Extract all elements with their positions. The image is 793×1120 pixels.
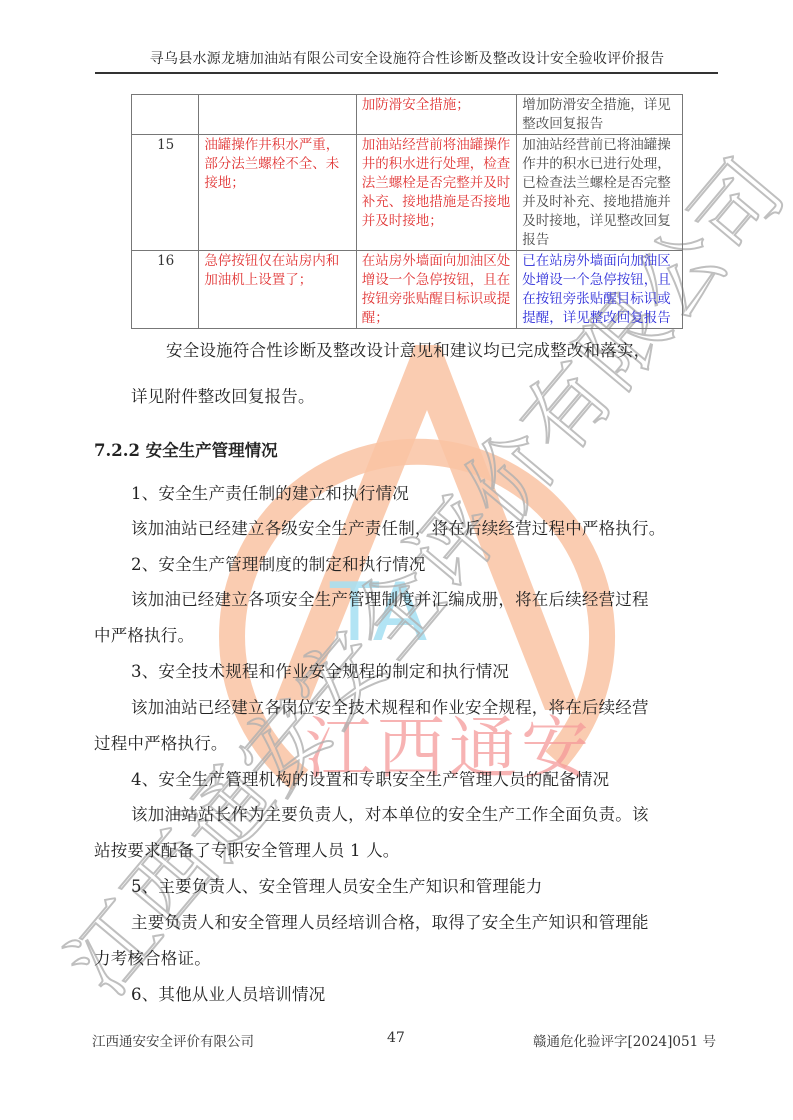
item-heading-3: 3、安全技术规程和作业安全规程的制定和执行情况 <box>131 658 509 682</box>
rectification-table: 加防滑安全措施； 增加防滑安全措施，详见整改回复报告 15 油罐操作井积水严重，… <box>131 94 683 329</box>
table-row: 15 油罐操作井积水严重，部分法兰螺栓不全、未接地； 加油站经营前将油罐操作井的… <box>132 135 683 251</box>
cell-problem <box>199 95 356 135</box>
item-text-3: 该加油站已经建立各岗位安全技术规程和作业安全规程，将在后续经营 <box>131 694 649 718</box>
cell-problem: 油罐操作井积水严重，部分法兰螺栓不全、未接地； <box>199 135 356 251</box>
summary-paragraph-line2: 详见附件整改回复报告。 <box>131 383 315 407</box>
item-heading-2: 2、安全生产管理制度的制定和执行情况 <box>131 551 426 575</box>
cell-measure: 加防滑安全措施； <box>356 95 517 135</box>
table-row: 加防滑安全措施； 增加防滑安全措施，详见整改回复报告 <box>132 95 683 135</box>
cell-measure: 加油站经营前将油罐操作井的积水进行处理，检查法兰螺栓是否完整并及时补充、接地措施… <box>356 135 517 251</box>
footer-company: 江西通安安全评价有限公司 <box>92 1030 254 1050</box>
item-heading-4: 4、安全生产管理机构的设置和专职安全生产管理人员的配备情况 <box>131 766 609 790</box>
cell-measure: 在站房外墙面向加油区处增设一个急停按钮，且在按钮旁张贴醒目标识或提醒； <box>356 251 517 329</box>
item-text-4: 该加油站站长作为主要负责人，对本单位的安全生产工作全面负责。该 <box>131 801 649 825</box>
cell-no: 15 <box>132 135 199 251</box>
item-heading-1: 1、安全生产责任制的建立和执行情况 <box>131 480 409 504</box>
table-row: 16 急停按钮仅在站房内和加油机上设置了； 在站房外墙面向加油区处增设一个急停按… <box>132 251 683 329</box>
cell-result: 已在站房外墙面向加油区处增设一个急停按钮，且在按钮旁张贴醒目标识或提醒，详见整改… <box>517 251 683 329</box>
cell-result: 加油站经营前已将油罐操作井的积水已进行处理，已检查法兰螺栓是否完整并及时补充、接… <box>517 135 683 251</box>
svg-text:TA: TA <box>329 566 428 659</box>
cell-result: 增加防滑安全措施，详见整改回复报告 <box>517 95 683 135</box>
page-header-title: 寻乌县水源龙塘加油站有限公司安全设施符合性诊断及整改设计安全验收评价报告 <box>96 48 718 68</box>
item-text-1: 该加油站已经建立各级安全生产责任制，将在后续经营过程中严格执行。 <box>131 515 665 539</box>
item-text-5: 主要负责人和安全管理人员经培训合格，取得了安全生产知识和管理能 <box>131 909 649 933</box>
item-text-4-cont: 站按要求配备了专职安全管理人员 1 人。 <box>94 837 400 861</box>
item-text-2: 该加油已经建立各项安全生产管理制度并汇编成册，将在后续经营过程 <box>131 586 649 610</box>
header-divider <box>95 72 718 74</box>
summary-paragraph-line1: 安全设施符合性诊断及整改设计意见和建议均已完成整改和落实， <box>166 337 650 361</box>
item-text-5-cont: 力考核合格证。 <box>94 945 211 969</box>
cell-problem: 急停按钮仅在站房内和加油机上设置了； <box>199 251 356 329</box>
footer-doc-number: 赣通危化验评字[2024]051 号 <box>533 1030 716 1050</box>
cell-no <box>132 95 199 135</box>
item-text-2-cont: 中严格执行。 <box>94 622 194 646</box>
section-title: 7.2.2 安全生产管理情况 <box>94 437 278 461</box>
footer-page-number: 47 <box>387 1030 405 1046</box>
item-text-3-cont: 过程中严格执行。 <box>94 730 228 754</box>
item-heading-6: 6、其他从业人员培训情况 <box>131 981 325 1005</box>
cell-no: 16 <box>132 251 199 329</box>
item-heading-5: 5、主要负责人、安全管理人员安全生产知识和管理能力 <box>131 873 543 897</box>
